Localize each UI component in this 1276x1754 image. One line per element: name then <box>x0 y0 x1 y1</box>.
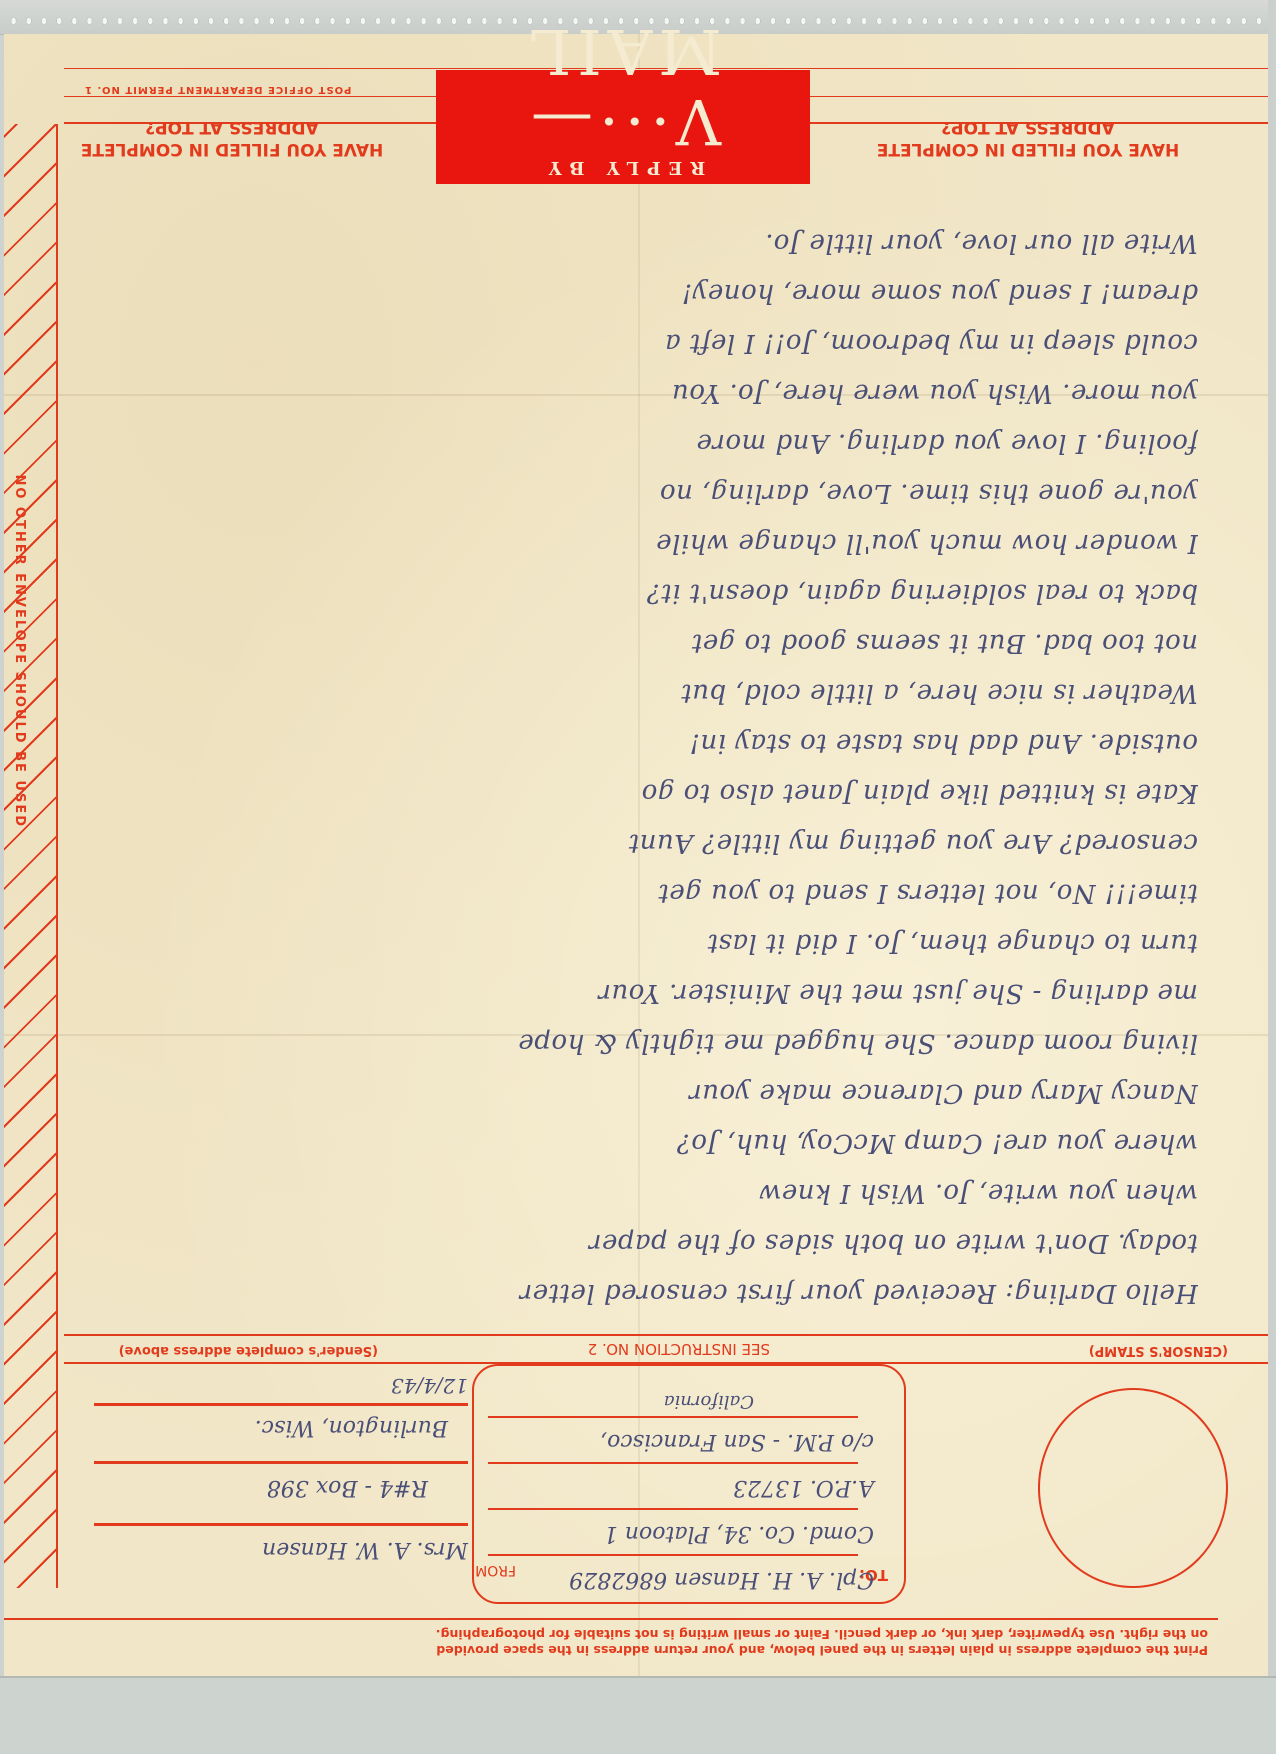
instructions-line-2: on the right. Use typewriter, dark ink, … <box>74 1626 1208 1642</box>
reminder-line: ADDRESS AT TOP? <box>52 116 412 138</box>
instructions-line-1: Print the complete address in plain lett… <box>74 1642 1208 1658</box>
divider <box>64 1363 1268 1365</box>
letter-line: turn to change them, Jo. I did it last <box>84 918 1198 968</box>
address-line <box>488 1417 858 1419</box>
letter-line: you more. Wish you were here, Jo. You <box>84 368 1198 418</box>
post-office-permit: POST OFFICE DEPARTMENT PERMIT NO. 1 <box>84 84 351 95</box>
binder-sleeve-bottom <box>0 1676 1276 1754</box>
letter-line: time!!! No, not letters I send to you ge… <box>84 868 1198 918</box>
vmail-logo-block: REPLY BY V···—MAIL <box>436 70 810 184</box>
letter-line: living room dance. She hugged me tightly… <box>84 1018 1198 1068</box>
censor-stamp-label: (CENSOR'S STAMP) <box>1089 1343 1228 1358</box>
address-reminder-right: HAVE YOU FILLED IN COMPLETE ADDRESS AT T… <box>52 116 412 160</box>
sender-line <box>94 1524 468 1527</box>
hatched-margin: NO OTHER ENVELOPE SHOULD BE USED <box>4 124 58 1588</box>
address-line <box>488 1555 858 1557</box>
envelope-notice: NO OTHER ENVELOPE SHOULD BE USED <box>12 474 27 828</box>
divider <box>64 1334 1268 1336</box>
to-address-line-1: Cpl. A. H. Hansen 6862829 <box>569 1567 874 1592</box>
see-instruction: SEE INSTRUCTION NO. 2 <box>588 1340 770 1358</box>
letter-line: dream! I send you some more, honey! <box>84 268 1198 318</box>
letter-line: today. Don't write on both sides of the … <box>84 1218 1198 1268</box>
reply-by-label: REPLY BY <box>436 157 810 178</box>
address-line <box>488 1463 858 1465</box>
censor-stamp-circle <box>1038 1388 1228 1588</box>
letter-line: censored? Are you getting my little? Aun… <box>84 818 1198 868</box>
vmail-logo: V···—MAIL <box>436 16 810 156</box>
sender-note: (Sender's complete address above) <box>119 1343 378 1358</box>
sender-line <box>94 1404 468 1407</box>
from-address-line-1: Mrs. A. W. Hansen <box>262 1537 468 1562</box>
to-address-line-5: California <box>664 1391 754 1412</box>
letter-line: where you are! Camp McCoy, huh, Jo? <box>84 1118 1198 1168</box>
address-line <box>488 1509 858 1511</box>
letter-date: 12/4/43 <box>391 1374 468 1398</box>
from-address-line-2: R#4 - Box 398 <box>267 1475 428 1500</box>
address-reminder-left: HAVE YOU FILLED IN COMPLETE ADDRESS AT T… <box>848 116 1208 160</box>
letter-line: could sleep in my bedroom, Jo!! I left a <box>84 318 1198 368</box>
letter-line: Hello Darling: Received your first censo… <box>84 1268 1198 1318</box>
to-address-line-2: Comd. Co. 34, Platoon 1 <box>604 1521 874 1546</box>
reminder-line: ADDRESS AT TOP? <box>848 116 1208 138</box>
letter-line: Write all our love, your little Jo. <box>84 218 1198 268</box>
letter-line: Nancy Mary and Clarence make your <box>84 1068 1198 1118</box>
reminder-line: HAVE YOU FILLED IN COMPLETE <box>848 138 1208 160</box>
to-address-box: TO: Cpl. A. H. Hansen 6862829 Comd. Co. … <box>472 1364 906 1604</box>
sender-line <box>94 1462 468 1465</box>
letter-line: you're gone this time. Love, darling, no <box>84 468 1198 518</box>
letter-line: not too bad. But it seems good to get <box>84 618 1198 668</box>
vmail-sheet: NO OTHER ENVELOPE SHOULD BE USED Print t… <box>4 34 1268 1676</box>
divider <box>4 1618 1218 1620</box>
reminder-line: HAVE YOU FILLED IN COMPLETE <box>52 138 412 160</box>
to-address-line-3: A.P.O. 13723 <box>733 1475 874 1500</box>
from-address-line-3: Burlington, Wisc. <box>255 1415 448 1440</box>
instructions: Print the complete address in plain lett… <box>74 1626 1208 1658</box>
letter-line: me darling - She just met the Minister. … <box>84 968 1198 1018</box>
handwritten-letter: Hello Darling: Received your first censo… <box>84 218 1198 1318</box>
letter-line: when you write, Jo. Wish I knew <box>84 1168 1198 1218</box>
from-label: FROM <box>475 1562 516 1578</box>
letter-line: outside. And dad has taste to stay in! <box>84 718 1198 768</box>
letter-line: Kate is knitted like plain Janet also to… <box>84 768 1198 818</box>
letter-line: fooling. I love you darling. And more <box>84 418 1198 468</box>
letter-line: I wonder how much you'll change while <box>84 518 1198 568</box>
letter-line: Weather is nice here, a little cold, but <box>84 668 1198 718</box>
binder-sleeve-edge <box>1268 0 1276 1754</box>
letter-line: back to real soldiering again, doesn't i… <box>84 568 1198 618</box>
to-address-line-4: c/o P.M. - San Francisco, <box>600 1429 874 1454</box>
